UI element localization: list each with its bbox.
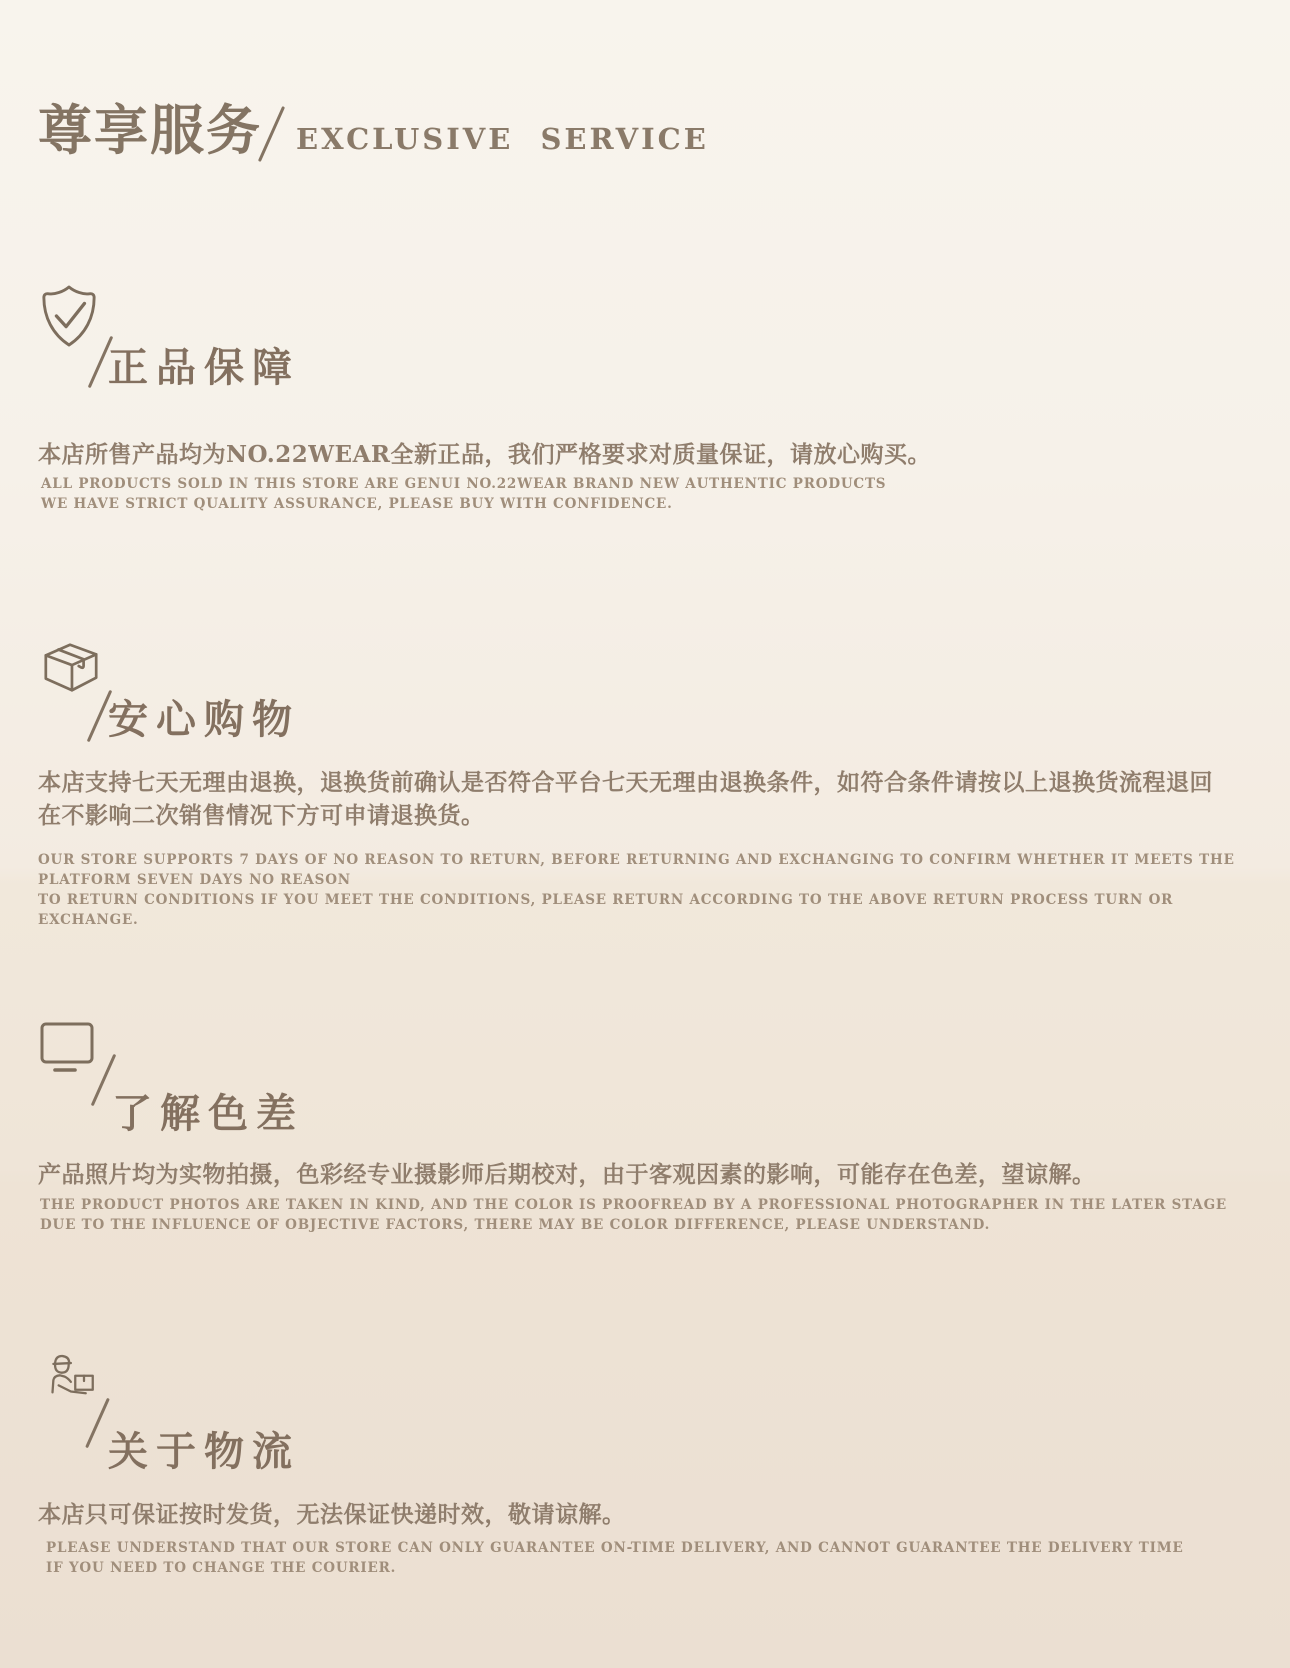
section-body-cn: 本店所售产品均为NO.22WEAR全新正品，我们严格要求对质量保证，请放心购买。 (38, 438, 1258, 471)
en-text-line: TO RETURN CONDITIONS IF YOU MEET THE CON… (38, 890, 1268, 930)
exclusive-service-banner: 尊享服务 EXCLUSIVE SERVICE 正品保障 本店所售产品均为NO.2… (0, 0, 1290, 1668)
section-body-en: OUR STORE SUPPORTS 7 DAYS OF NO REASON T… (38, 850, 1268, 930)
cn-text-line: 本店支持七天无理由退换，退换货前确认是否符合平台七天无理由退换条件，如符合条件请… (38, 766, 1258, 799)
page-header: 尊享服务 (38, 103, 262, 157)
courier-icon (42, 1352, 98, 1410)
section-body-cn: 本店支持七天无理由退换，退换货前确认是否符合平台七天无理由退换条件，如符合条件请… (38, 766, 1258, 832)
cn-text-line: 产品照片均为实物拍摄，色彩经专业摄影师后期校对，由于客观因素的影响，可能存在色差… (38, 1158, 1258, 1191)
en-text-line: IF YOU NEED TO CHANGE THE COURIER. (46, 1558, 1266, 1578)
section-body-cn: 本店只可保证按时发货，无法保证快递时效，敬请谅解。 (38, 1498, 1258, 1531)
cn-text-line: 本店所售产品均为NO.22WEAR全新正品，我们严格要求对质量保证，请放心购买。 (38, 438, 1258, 471)
en-text-line: OUR STORE SUPPORTS 7 DAYS OF NO REASON T… (38, 850, 1268, 890)
package-box-icon (40, 638, 102, 696)
section-body-en: THE PRODUCT PHOTOS ARE TAKEN IN KIND, AN… (40, 1195, 1260, 1235)
section-body-en: ALL PRODUCTS SOLD IN THIS STORE ARE GENU… (41, 474, 1261, 514)
en-text-line: THE PRODUCT PHOTOS ARE TAKEN IN KIND, AN… (40, 1195, 1260, 1215)
en-text-line: DUE TO THE INFLUENCE OF OBJECTIVE FACTOR… (40, 1215, 1260, 1235)
en-text-line: WE HAVE STRICT QUALITY ASSURANCE, PLEASE… (41, 494, 1261, 514)
cn-text-line: 本店只可保证按时发货，无法保证快递时效，敬请谅解。 (38, 1498, 1258, 1531)
header-title-cn: 尊享服务 (38, 98, 262, 162)
monitor-icon (40, 1022, 96, 1076)
section-title-shopping: 安心购物 (108, 700, 300, 740)
section-body-en: PLEASE UNDERSTAND THAT OUR STORE CAN ONL… (46, 1538, 1266, 1578)
section-title-color: 了解色差 (112, 1094, 304, 1134)
shield-check-icon (40, 284, 98, 348)
section-title-logistics: 关于物流 (108, 1432, 300, 1472)
en-text-line: PLEASE UNDERSTAND THAT OUR STORE CAN ONL… (46, 1538, 1266, 1558)
section-title-authentic: 正品保障 (108, 348, 300, 388)
cn-text-line: 在不影响二次销售情况下方可申请退换货。 (38, 799, 1258, 832)
en-text-line: ALL PRODUCTS SOLD IN THIS STORE ARE GENU… (41, 474, 1261, 494)
header-title-en: EXCLUSIVE SERVICE (296, 125, 709, 154)
section-body-cn: 产品照片均为实物拍摄，色彩经专业摄影师后期校对，由于客观因素的影响，可能存在色差… (38, 1158, 1258, 1191)
